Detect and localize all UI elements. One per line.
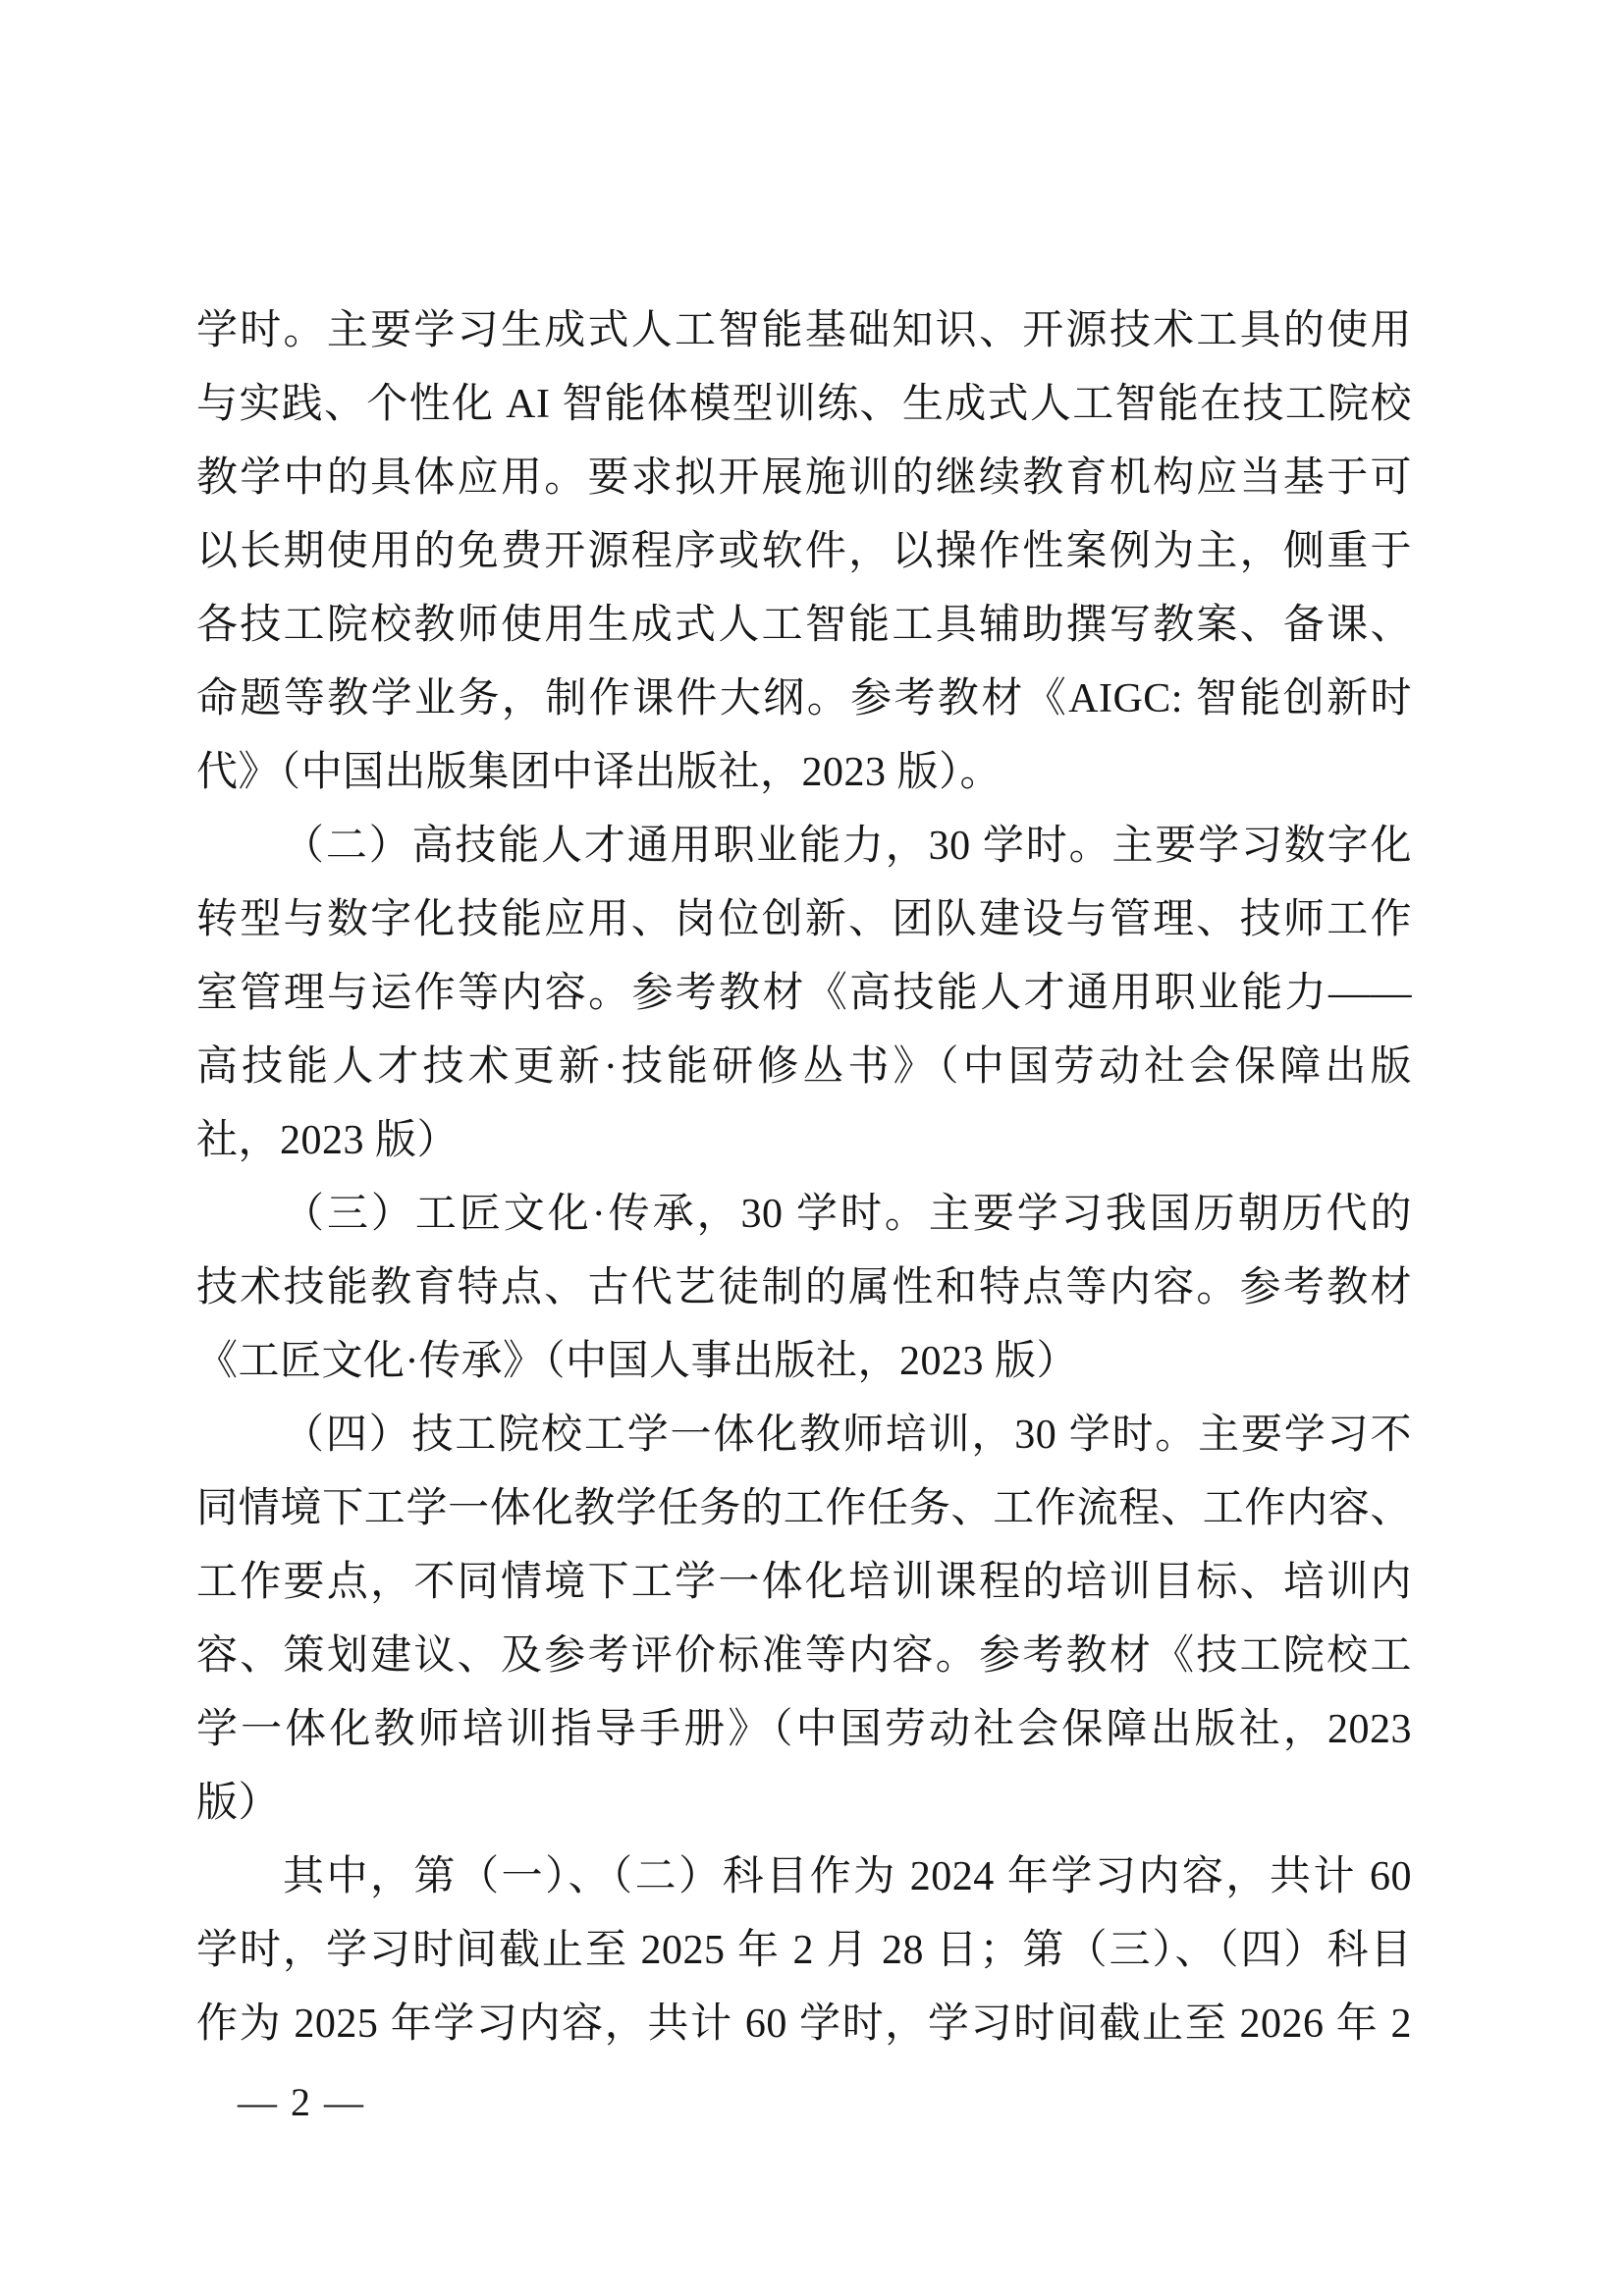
text-line: 技术技能教育特点、古代艺徒制的属性和特点等内容。参考教材 — [196, 1252, 1412, 1325]
text-line: 学时。主要学习生成式人工智能基础知识、开源技术工具的使用 — [196, 294, 1412, 368]
text-line: 学一体化教师培训指导手册》（中国劳动社会保障出版社，2023 — [196, 1693, 1412, 1767]
document-body: 学时。主要学习生成式人工智能基础知识、开源技术工具的使用与实践、个性化 AI 智… — [196, 294, 1412, 2061]
text-line: 学时，学习时间截止至 2025 年 2 月 28 日；第（三）、（四）科目 — [196, 1914, 1412, 1988]
text-line: 命题等教学业务，制作课件大纲。参考教材《AIGC: 智能创新时 — [196, 663, 1412, 736]
text-line: 各技工院校教师使用生成式人工智能工具辅助撰写教案、备课、 — [196, 589, 1412, 663]
text-line: 与实践、个性化 AI 智能体模型训练、生成式人工智能在技工院校 — [196, 368, 1412, 442]
text-line: 转型与数字化技能应用、岗位创新、团队建设与管理、技师工作 — [196, 883, 1412, 957]
text-line: 同情境下工学一体化教学任务的工作任务、工作流程、工作内容、 — [196, 1472, 1412, 1546]
text-line: 《工匠文化·传承》（中国人事出版社，2023 版） — [196, 1325, 1412, 1399]
text-line: （四）技工院校工学一体化教师培训，30 学时。主要学习不 — [196, 1399, 1412, 1472]
text-line: 教学中的具体应用。要求拟开展施训的继续教育机构应当基于可 — [196, 442, 1412, 515]
text-line: 作为 2025 年学习内容，共计 60 学时，学习时间截止至 2026 年 2 — [196, 1988, 1412, 2061]
text-line: 高技能人才技术更新·技能研修丛书》（中国劳动社会保障出版 — [196, 1031, 1412, 1104]
text-line: （二）高技能人才通用职业能力，30 学时。主要学习数字化 — [196, 810, 1412, 883]
text-line: 以长期使用的免费开源程序或软件，以操作性案例为主，侧重于 — [196, 515, 1412, 589]
text-line: 容、策划建议、及参考评价标准等内容。参考教材《技工院校工 — [196, 1620, 1412, 1693]
page-number: — 2 — — [238, 2073, 365, 2132]
text-line: （三）工匠文化·传承，30 学时。主要学习我国历朝历代的 — [196, 1178, 1412, 1252]
text-line: 社，2023 版） — [196, 1104, 1412, 1178]
document-page: 学时。主要学习生成式人工智能基础知识、开源技术工具的使用与实践、个性化 AI 智… — [0, 0, 1624, 2296]
text-line: 版） — [196, 1767, 1412, 1841]
text-line: 工作要点，不同情境下工学一体化培训课程的培训目标、培训内 — [196, 1546, 1412, 1620]
text-line: 室管理与运作等内容。参考教材《高技能人才通用职业能力—— — [196, 957, 1412, 1031]
text-line: 代》（中国出版集团中译出版社，2023 版）。 — [196, 736, 1412, 810]
text-line: 其中，第（一）、（二）科目作为 2024 年学习内容，共计 60 — [196, 1841, 1412, 1914]
